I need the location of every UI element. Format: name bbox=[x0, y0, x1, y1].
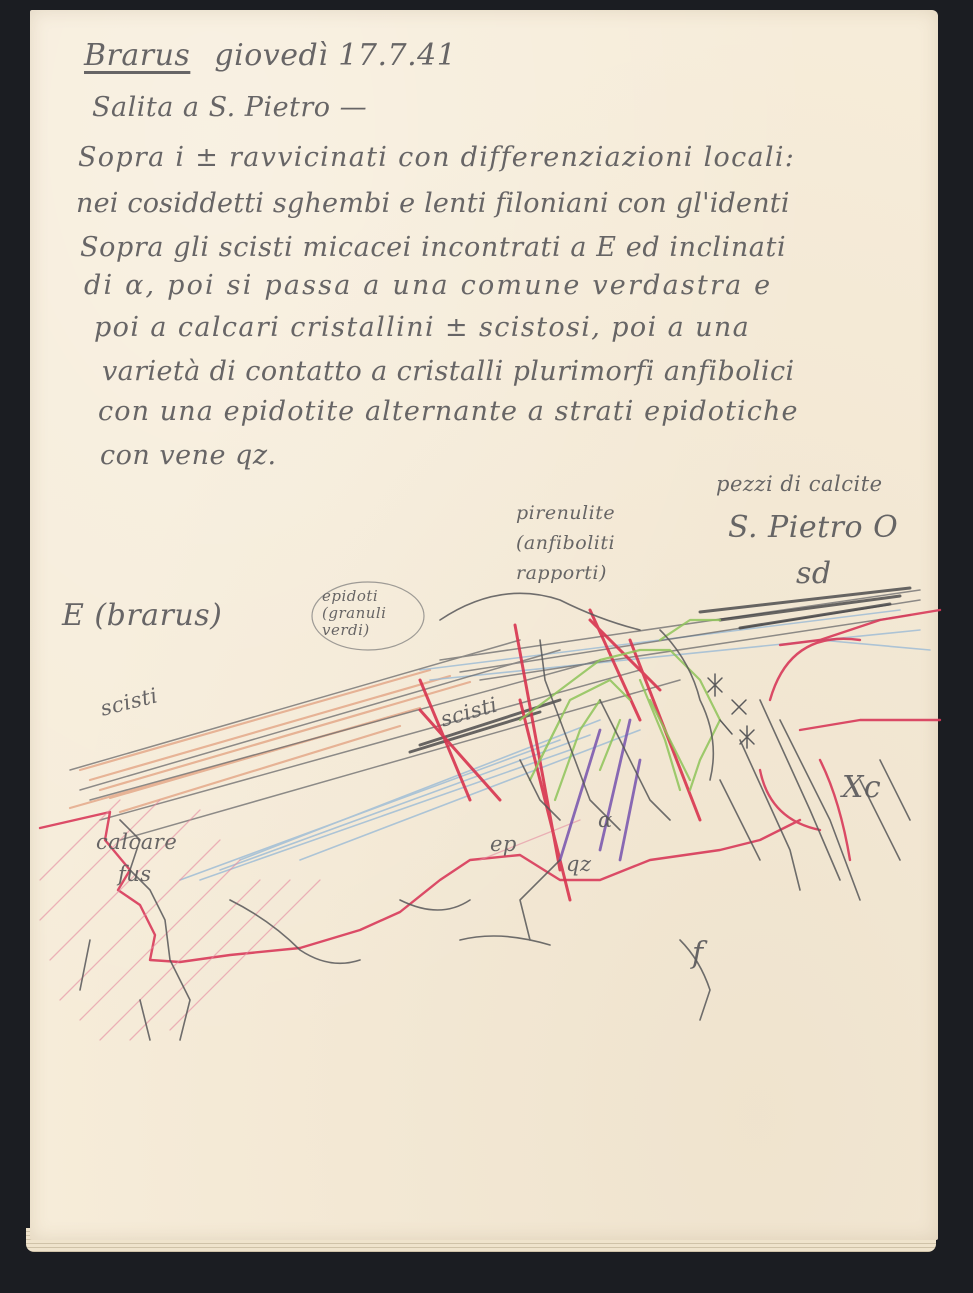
label-calcare: calcare bbox=[96, 830, 177, 854]
text-line-7: varietà di contatto a cristalli plurimor… bbox=[102, 356, 795, 387]
label-alpha: α bbox=[598, 808, 613, 832]
label-xc: Xc bbox=[842, 770, 881, 805]
label-fus: fus bbox=[118, 862, 152, 886]
label-qz: qz bbox=[566, 852, 592, 876]
label-f-mark: f bbox=[692, 936, 704, 971]
text-line-3: nei cosiddetti sghembi e lenti filoniani… bbox=[76, 188, 790, 219]
label-ep: ep bbox=[490, 832, 517, 856]
entry-date: giovedì 17.7.41 bbox=[214, 38, 456, 73]
text-line-5: di α, poi si passa a una comune verdastr… bbox=[84, 270, 772, 301]
label-pezzi-calcite: pezzi di calcite bbox=[716, 472, 883, 496]
text-line-1: Salita a S. Pietro — bbox=[92, 92, 367, 123]
text-line-9: con vene qz. bbox=[100, 440, 277, 471]
text-line-2: Sopra i ± ravvicinati con differenziazio… bbox=[78, 142, 795, 173]
text-line-4: Sopra gli scisti micacei incontrati a E … bbox=[80, 232, 786, 263]
text-line-8: con una epidotite alternante a strati ep… bbox=[98, 396, 799, 427]
location-name: Brarus bbox=[84, 38, 190, 73]
label-sd: sd bbox=[796, 556, 832, 591]
label-s-pietro: S. Pietro O bbox=[728, 510, 898, 545]
text-line-6: poi a calcari cristallini ± scistosi, po… bbox=[94, 312, 750, 343]
page-header: Brarus giovedì 17.7.41 bbox=[84, 38, 456, 73]
label-e-brarus: E (brarus) bbox=[62, 598, 222, 633]
label-epidoti: epidoti (granuli verdi) bbox=[322, 588, 422, 639]
label-pirenulite: pirenulite (anfiboliti rapporti) bbox=[516, 498, 666, 588]
